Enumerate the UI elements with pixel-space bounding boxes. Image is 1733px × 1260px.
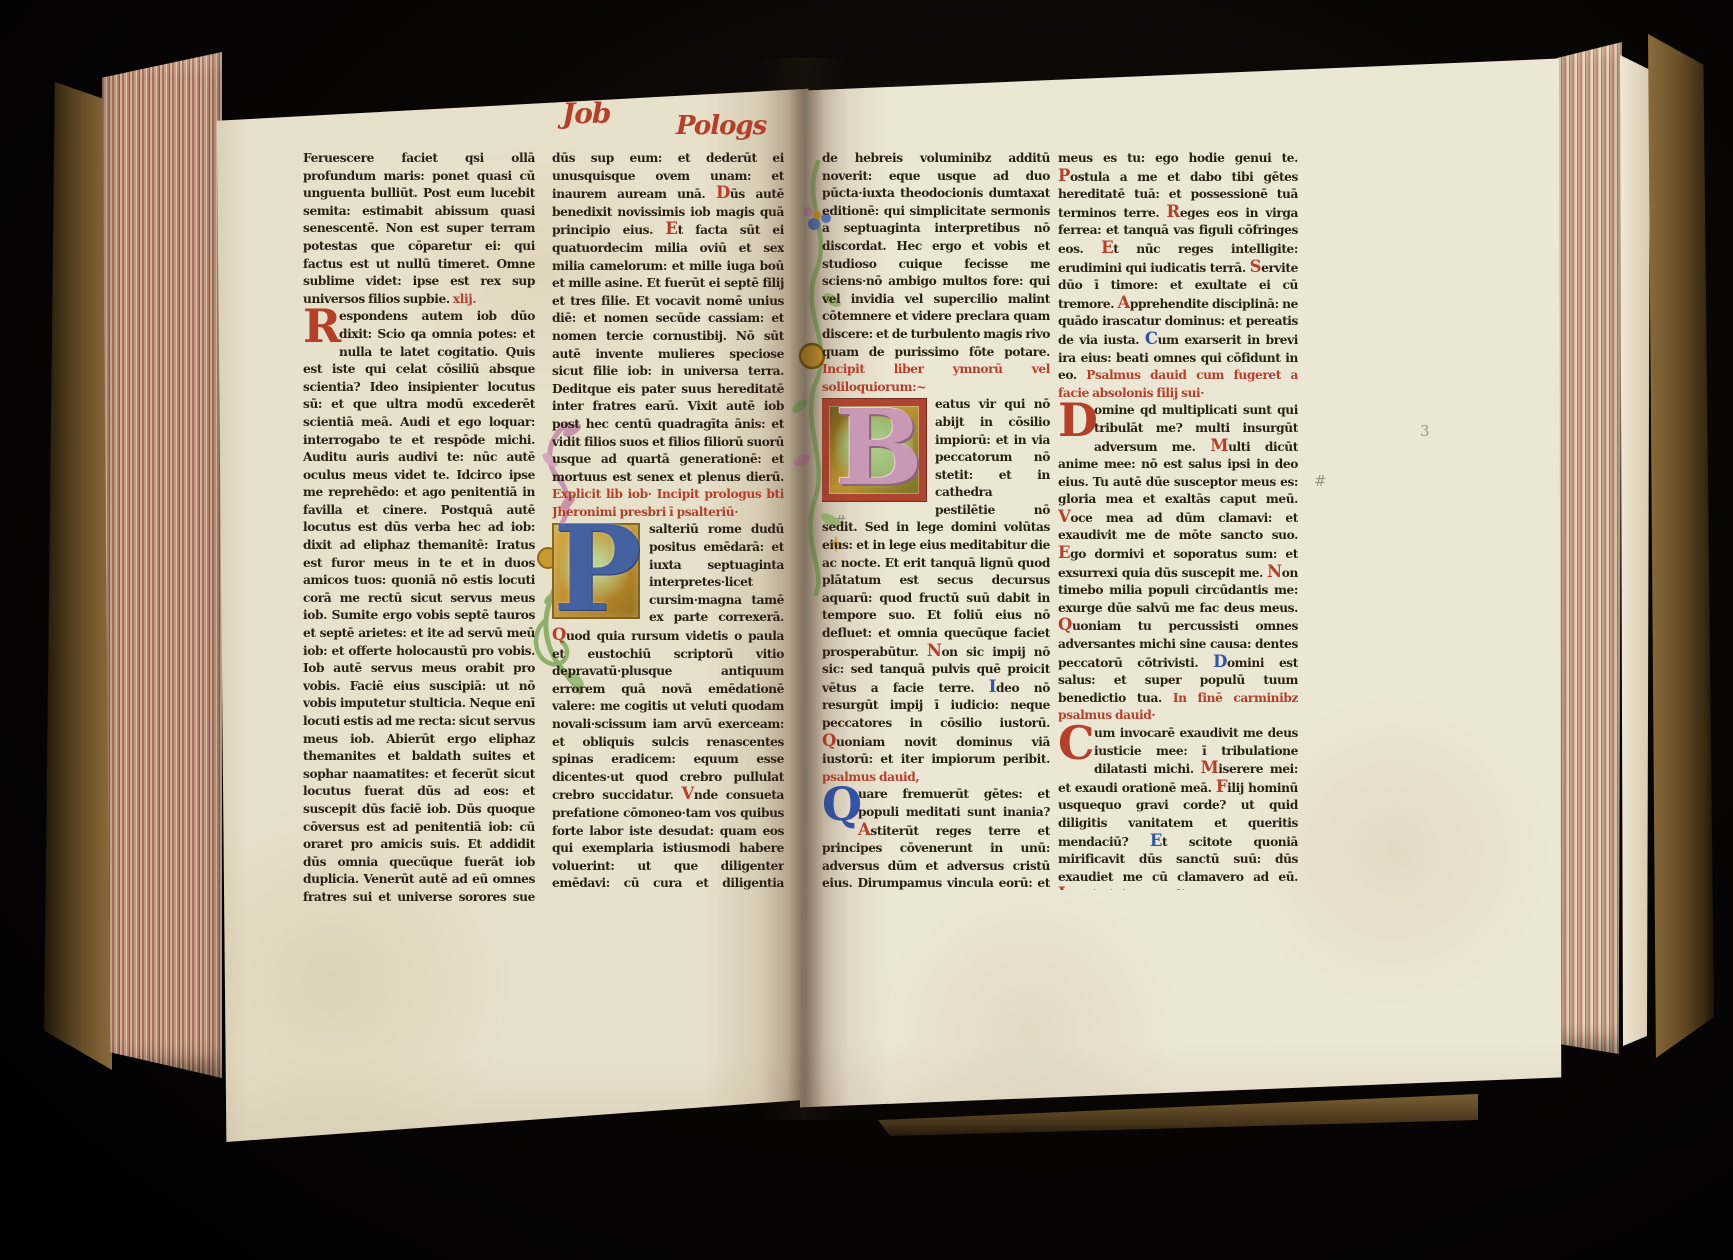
rubric-text: psalmus dauid, [822,770,919,784]
right-loose-leaf-edge [1620,50,1650,1046]
versal-letter: D [716,183,730,202]
versal-letter: E [1150,831,1162,850]
body-text: uare fremuerūt gētes: et populi meditati… [858,787,1050,819]
body-text: de hebreis voluminibz additū noverit: eq… [822,151,1050,359]
photograph-of-open-bible: Job Pologs # # 3 Feruescere faciet qsi o… [0,0,1733,1260]
illuminated-initial-P: P [552,523,640,619]
body-text: oce mea ad dūm clamavi: et exaudivit me … [1058,511,1298,543]
body-text: espondens autem iob dūo dixit: Scio qa o… [303,309,535,907]
initial-letter-glyph: P [553,510,641,628]
body-text: meus es tu: ego hodie genui te. [1058,151,1298,165]
right-leaf-stack-red-edges [1556,42,1622,1054]
versal-letter: V [1058,507,1070,526]
body-text: rascimini et nolite peccare: que dicitis… [1058,888,1298,890]
text-paragraph: Psalteriū rome dudū positus emēdarā: et … [552,521,784,890]
left-cover-board-edge [44,82,112,1070]
versal-letter: R [1167,202,1180,221]
versal-letter: V [681,784,693,803]
text-paragraph: Domine qd multiplicati sunt qui tribulāt… [1058,402,1298,725]
versal-letter: M [1210,436,1228,455]
left-leaf-stack-red-edges [102,52,222,1078]
versal-letter: E [1058,543,1070,562]
versal-letter: A [858,820,870,839]
text-column-left-2: dūs sup eum: et dederūt ei unusquisque o… [552,150,784,890]
body-text: uod quia rursum videtis o paula et eusto… [552,629,784,802]
text-paragraph: Respondens autem iob dūo dixit: Scio qa … [303,308,535,907]
versal-letter: Q [822,731,836,750]
text-column-right-2: meus es tu: ego hodie genui te. Postula … [1058,150,1298,890]
versal-letter: I [989,677,996,696]
rubric-text: xlij. [453,292,476,306]
versal-letter: S [1250,257,1261,276]
illuminated-initial-Q: Q [822,787,855,822]
rubric-text: Psalmus dauid cum fugeret a facie absolo… [1058,368,1298,400]
body-text: uoniam novit dominus viā iustorū: et ite… [822,735,1050,767]
body-text: go dormivi et soporatus sum: et exsurrex… [1058,547,1298,580]
running-title-prologus: Pologs [676,111,766,141]
body-text: t facta sūt ei quatuordecim milia oviū e… [552,223,784,483]
illuminated-initial-D: D [1058,403,1091,438]
versal-letter: Q [1058,615,1072,634]
text-paragraph: de hebreis voluminibz additū noverit: eq… [822,150,1050,396]
text-paragraph: Feruescere faciet qsi ollā profundum mar… [303,150,535,308]
versal-letter: N [927,641,942,660]
versal-letter: A [1117,293,1129,312]
illuminated-initial-R: R [303,309,336,344]
text-column-left-1: Feruescere faciet qsi ollā profundum mar… [303,150,535,907]
pencil-mark: # [1314,472,1327,490]
illuminated-initial-B: B [822,399,926,501]
versal-letter: E [1101,238,1113,257]
versal-letter: M [1200,758,1218,777]
versal-letter: C [1145,329,1158,348]
running-title-job: Job [562,97,611,130]
text-paragraph: Quare fremuerūt gētes: et populi meditat… [822,786,1050,890]
body-text: salteriū rome dudū positus emēdarā: et i… [649,522,784,624]
versal-letter: E [665,219,677,238]
illuminated-initial-C: C [1058,726,1091,761]
versal-letter: D [1213,652,1227,671]
versal-letter: F [1216,777,1227,796]
body-text: stiterūt reges terre et principes cōvene… [822,824,1050,890]
text-paragraph: Cum invocarē exaudivit me deus iusticie … [1058,725,1298,890]
versal-letter: P [1058,166,1070,185]
body-text: nde consueta prefatione cōmoneo·tam vos … [552,788,784,890]
text-paragraph: Beatus vir qui nō abijt in cōsilio impio… [822,396,1050,786]
text-column-right-1: de hebreis voluminibz additū noverit: eq… [822,150,1050,890]
pencil-mark: 3 [1420,422,1430,440]
text-paragraph: meus es tu: ego hodie genui te. Postula … [1058,150,1298,402]
text-paragraph: dūs sup eum: et dederūt ei unusquisque o… [552,150,784,521]
right-cover-board-edge [1648,34,1714,1058]
versal-letter: N [1267,562,1282,581]
body-text: Feruescere faciet qsi ollā profundum mar… [303,151,535,306]
initial-letter-glyph: B [835,396,923,500]
